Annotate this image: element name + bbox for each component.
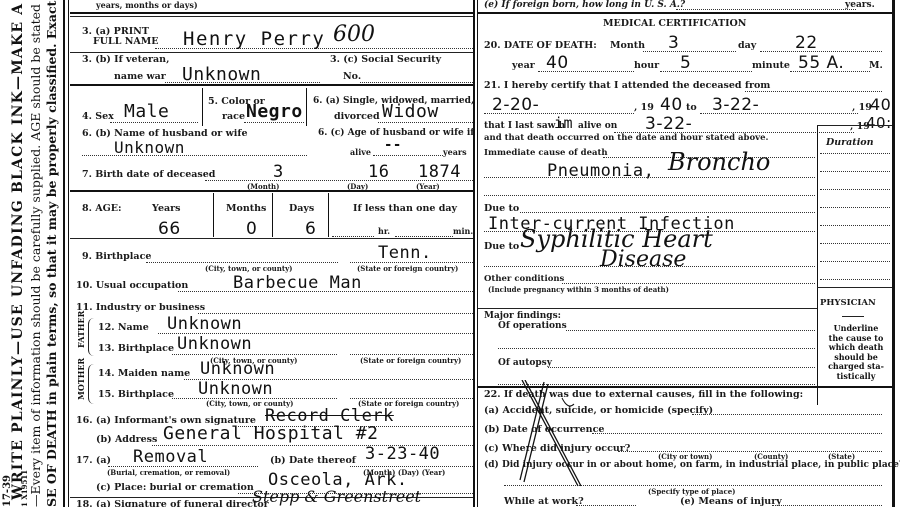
race-label2: race xyxy=(222,111,245,122)
age-days-header: Days xyxy=(289,203,314,214)
death-day-field[interactable]: 22 xyxy=(795,33,818,53)
alive-on-field[interactable]: 3-22- xyxy=(645,114,692,134)
birth-label: 7. Birth date of deceased xyxy=(82,169,215,180)
attended-from-field[interactable]: 2-20- xyxy=(492,95,539,115)
year-label: year xyxy=(512,60,535,71)
age-min-label: min. xyxy=(453,226,473,236)
sex-label: 4. Sex xyxy=(82,111,114,122)
mother-birthplace-field[interactable]: Unknown xyxy=(198,379,273,399)
alive-on-label: alive on xyxy=(578,121,617,131)
father-side-label: FATHER xyxy=(76,311,86,348)
month-label: Month xyxy=(610,40,645,51)
ssn-sublabel: No. xyxy=(343,71,361,82)
date-thereof-label: (b) Date thereof xyxy=(270,455,356,466)
death-minute-field[interactable]: 55 A. xyxy=(798,53,844,73)
physician-note: Underline the cause to which death shoul… xyxy=(820,324,892,381)
full-name-field[interactable]: Henry Perry xyxy=(183,28,325,50)
foreign-born-label: (e) If foreign born, how long in U. S. A… xyxy=(484,0,685,10)
death-occurred-text: and that death occurred on the date and … xyxy=(484,133,768,143)
alive-on-year[interactable]: 40: xyxy=(866,114,892,132)
mother-brace xyxy=(88,364,94,404)
year-prefix-2: , 19 xyxy=(852,102,872,113)
hour-label: hour xyxy=(634,60,659,71)
form-number: 17-39 xyxy=(2,475,13,507)
form-serial: 1 X19511 xyxy=(20,470,29,507)
funeral-director-label: 18. (a) Signature of funeral director xyxy=(76,499,269,507)
margin-instruction-line1: WRITE PLAINLY—USE UNFADING BLACK INK—MAK… xyxy=(10,0,26,500)
marital-field[interactable]: Widow xyxy=(382,101,439,122)
father-brace xyxy=(88,318,94,356)
certify-label: 21. I hereby certify that I attended the… xyxy=(484,80,770,91)
physician-header: PHYSICIAN xyxy=(820,298,876,308)
birth-day-field[interactable]: 16 xyxy=(368,162,389,182)
death-hour-field[interactable]: 5 xyxy=(680,53,691,73)
occupation-field[interactable]: Barbecue Man xyxy=(233,273,362,293)
year-prefix-1: , 19 xyxy=(634,102,654,113)
immediate-cause-label: Immediate cause of death xyxy=(484,148,608,158)
birth-year-field[interactable]: 1874 xyxy=(418,162,461,182)
age-hr-label: hr. xyxy=(378,226,390,236)
race-field[interactable]: Negro xyxy=(246,101,303,122)
age-years-header: Years xyxy=(152,203,181,214)
meridian-label: M. xyxy=(869,60,883,71)
age-label: 8. AGE: xyxy=(82,203,121,214)
strikethrough-marks xyxy=(478,380,678,507)
attended-to-year[interactable]: 40 xyxy=(870,95,891,114)
age-months-field[interactable]: 0 xyxy=(246,219,257,239)
funeral-director-field[interactable]: Stepp & Greenstreet xyxy=(252,487,421,506)
marital-label2: divorced xyxy=(334,111,380,122)
disposition-num: 17. (a) xyxy=(76,455,111,466)
physician-note-line: tistically xyxy=(820,372,892,382)
address-field[interactable]: General Hospital #2 xyxy=(163,423,378,444)
birth-month-field[interactable]: 3 xyxy=(273,162,284,182)
margin-instruction-line2: —Every item of information should be car… xyxy=(28,0,43,507)
age-months-header: Months xyxy=(226,203,266,214)
name-label: FULL NAME xyxy=(93,36,159,47)
sex-field[interactable]: Male xyxy=(124,101,169,122)
to-label: to xyxy=(686,102,697,113)
minute-label: minute xyxy=(752,60,790,71)
father-birthplace-label: 13. Birthplace xyxy=(98,343,174,354)
disposition-caption: (Burial, cremation, or removal) xyxy=(107,468,230,477)
means-injury-label: (e) Means of injury xyxy=(680,496,782,507)
father-birthplace-field[interactable]: Unknown xyxy=(177,334,252,354)
birthplace-city-caption: (City, town, or county) xyxy=(205,264,292,273)
veteran-war-field[interactable]: Unknown xyxy=(182,64,261,85)
major-findings-label: Major findings: xyxy=(484,311,561,321)
operations-label: Of operations xyxy=(498,321,567,331)
death-year-field[interactable]: 40 xyxy=(546,53,569,73)
father-name-label: 12. Name xyxy=(98,322,149,333)
age-note: years, months or days) xyxy=(96,0,198,10)
industry-label: 11. Industry or business xyxy=(76,302,205,313)
mother-side-label: MOTHER xyxy=(76,358,86,400)
other-conditions-sub: (Include pregnancy within 3 months of de… xyxy=(488,285,669,294)
immediate-cause-field[interactable]: Pneumonia, xyxy=(547,161,654,181)
medical-heading: MEDICAL CERTIFICATION xyxy=(603,18,746,29)
age-days-field[interactable]: 6 xyxy=(305,219,316,239)
birthplace-label: 9. Birthplace xyxy=(82,251,151,262)
dod-label: 20. DATE OF DEATH: xyxy=(484,40,597,51)
father-state-caption: (State or foreign country) xyxy=(360,356,461,365)
mother-name-label: 14. Maiden name xyxy=(98,368,190,379)
date-thereof-field[interactable]: 3-23-40 xyxy=(365,444,440,464)
margin-instruction-line3: SE OF DEATH in plain terms, so that it m… xyxy=(44,0,59,507)
father-name-field[interactable]: Unknown xyxy=(167,314,242,334)
age-lt-day-header: If less than one day xyxy=(353,203,457,214)
birthplace-state-field[interactable]: Tenn. xyxy=(378,243,432,263)
last-saw-label: that I last saw h xyxy=(484,121,565,131)
attended-to-field[interactable]: 3-22- xyxy=(712,95,759,115)
attended-from-year[interactable]: 40 xyxy=(660,95,683,115)
other-conditions-label: Other conditions xyxy=(484,274,564,284)
due-to-2-field-cont[interactable]: Disease xyxy=(600,247,686,272)
due-to-1-label: Due to xyxy=(484,203,519,214)
due-to-2-label: Due to xyxy=(484,241,519,252)
address-label: (b) Address xyxy=(96,434,157,445)
immediate-cause-handwritten: Broncho xyxy=(668,148,770,176)
mother-name-field[interactable]: Unknown xyxy=(200,359,275,379)
disposition-field[interactable]: Removal xyxy=(133,447,208,467)
foreign-born-unit: years. xyxy=(845,0,875,10)
spouse-age-field[interactable]: -- xyxy=(384,137,402,153)
spouse-age-sub: alive xyxy=(350,147,371,157)
age-years-field[interactable]: 66 xyxy=(158,219,181,239)
mother-birthplace-label: 15. Birthplace xyxy=(98,389,174,400)
death-month-field[interactable]: 3 xyxy=(668,33,679,53)
occupation-label: 10. Usual occupation xyxy=(76,280,188,291)
name-annotation: 600 xyxy=(333,22,375,47)
autopsy-label: Of autopsy xyxy=(498,358,552,368)
veteran-label: 3. (b) If veteran, xyxy=(82,54,169,65)
duration-header: Duration xyxy=(826,137,874,148)
day-label: day xyxy=(738,40,756,51)
place-label: (c) Place: burial or cremation xyxy=(96,482,254,493)
ssn-label: 3. (c) Social Security xyxy=(330,54,441,65)
birthplace-state-caption: (State or foreign country) xyxy=(357,264,458,273)
last-saw-field[interactable]: im xyxy=(554,114,573,132)
veteran-sublabel: name war xyxy=(114,71,166,82)
spouse-age-unit: years xyxy=(443,147,467,157)
